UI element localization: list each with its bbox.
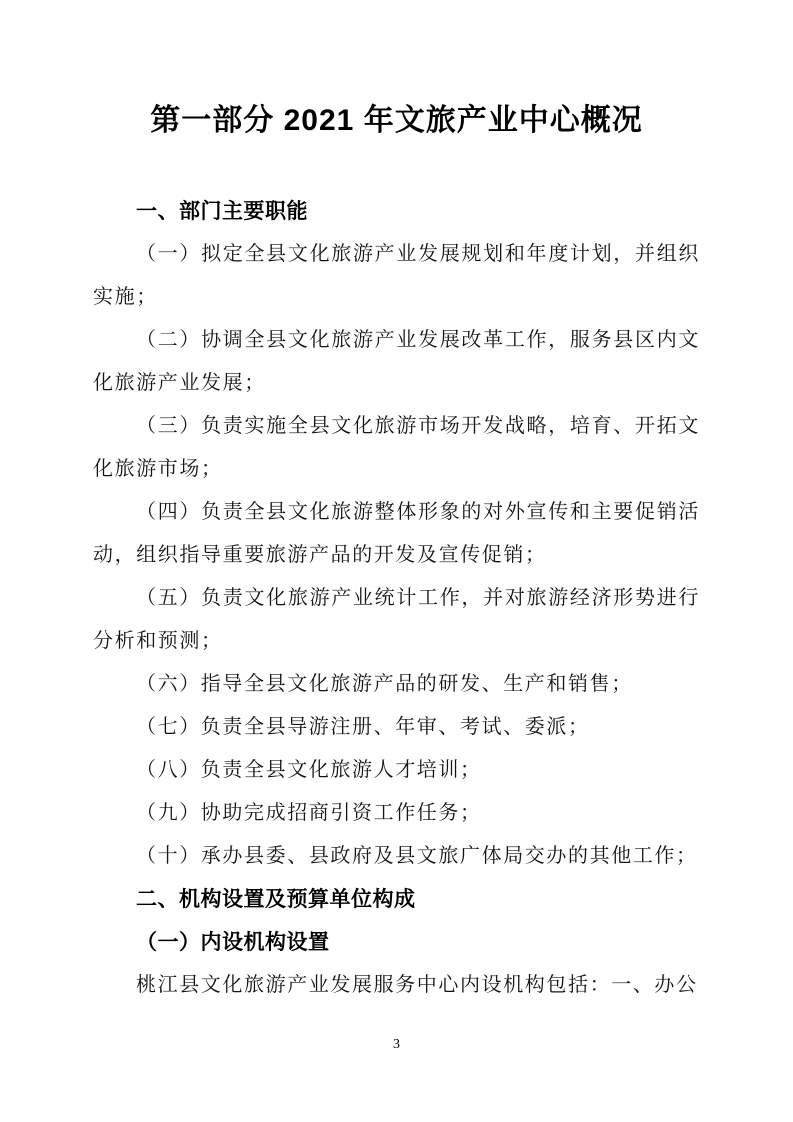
page-number: 3 <box>0 1036 793 1054</box>
duty-item-2: （二）协调全县文化旅游产业发展改革工作，服务县区内文化旅游产业发展； <box>93 319 700 405</box>
org-intro-paragraph: 桃江县文化旅游产业发展服务中心内设机构包括：一、办公 <box>93 964 700 1007</box>
duty-item-4: （四）负责全县文化旅游整体形象的对外宣传和主要促销活动，组织指导重要旅游产品的开… <box>93 491 700 577</box>
duty-item-7: （七）负责全县导游注册、年审、考试、委派； <box>93 706 700 749</box>
duty-item-8: （八）负责全县文化旅游人才培训； <box>93 749 700 792</box>
duty-item-3: （三）负责实施全县文化旅游市场开发战略，培育、开拓文化旅游市场； <box>93 405 700 491</box>
document-page: 第一部分 2021 年文旅产业中心概况 一、部门主要职能 （一）拟定全县文化旅游… <box>0 0 793 1122</box>
duty-item-9: （九）协助完成招商引资工作任务； <box>93 792 700 835</box>
duty-item-6: （六）指导全县文化旅游产品的研发、生产和销售； <box>93 663 700 706</box>
document-title: 第一部分 2021 年文旅产业中心概况 <box>0 101 793 141</box>
duty-item-1: （一）拟定全县文化旅游产业发展规划和年度计划，并组织实施； <box>93 233 700 319</box>
section-heading-org-structure: 二、机构设置及预算单位构成 <box>93 878 700 921</box>
duty-item-10: （十）承办县委、县政府及县文旅广体局交办的其他工作； <box>93 835 700 878</box>
section-heading-main-duties: 一、部门主要职能 <box>93 190 700 233</box>
document-body: 一、部门主要职能 （一）拟定全县文化旅游产业发展规划和年度计划，并组织实施； （… <box>93 190 700 1007</box>
subsection-heading-internal-org: （一）内设机构设置 <box>93 921 700 964</box>
duty-item-5: （五）负责文化旅游产业统计工作，并对旅游经济形势进行分析和预测； <box>93 577 700 663</box>
